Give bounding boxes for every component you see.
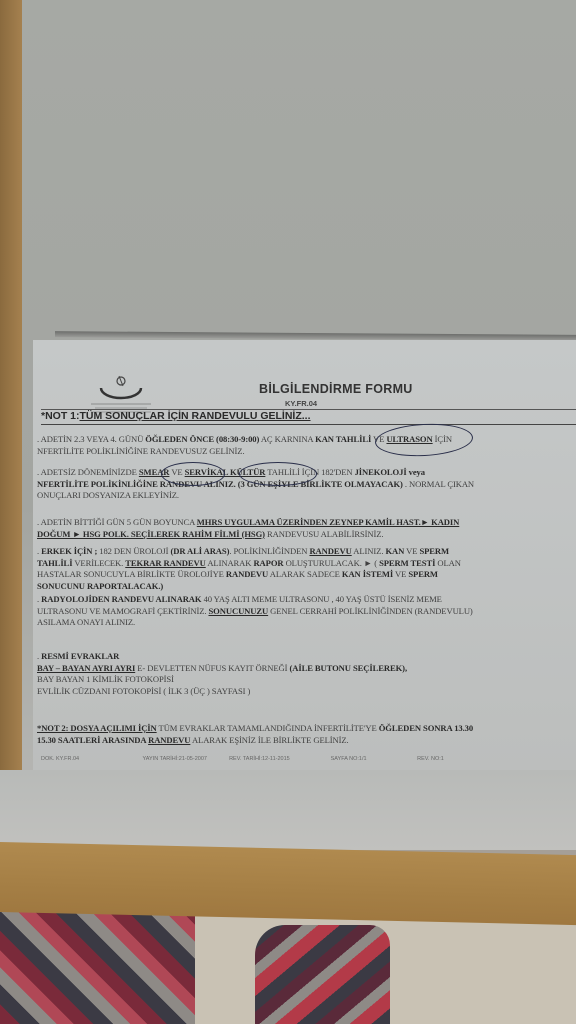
text-segment: AÇ KARNINA <box>259 434 315 444</box>
form-section-3: . ADETİN BİTTİĞİ GÜN 5 GÜN BOYUNCA MHRS … <box>37 517 459 540</box>
text-segment: JİNEKOLOJİ veya <box>355 467 425 477</box>
text-segment: . ADETİN 2.3 VEYA 4. GÜNÜ <box>37 434 145 444</box>
text-segment: TAHLİLİ <box>37 558 72 568</box>
text-segment: ÖĞLEDEN ÖNCE (08:30-9:00) <box>145 434 259 444</box>
section-line: EVLİLİK CÜZDANI FOTOKOPİSİ ( İLK 3 (ÜÇ )… <box>37 686 407 698</box>
text-segment: ÖĞLEDEN SONRA 13.30 <box>379 723 473 733</box>
text-segment: RANDEVU <box>309 546 351 556</box>
text-segment: . NORMAL ÇIKAN <box>403 479 474 489</box>
text-segment: KAN TAHLİLİ <box>315 434 371 444</box>
text-segment: KAN <box>385 546 404 556</box>
section-line: BAY – BAYAN AYRI AYRI E- DEVLETTEN NÜFUS… <box>37 663 407 675</box>
section-line: BAY BAYAN 1 KİMLİK FOTOKOPİSİ <box>37 674 407 686</box>
section-line: DOĞUM ► HSG POLK. SEÇİLEREK RAHİM FİLMİ … <box>37 529 459 541</box>
text-segment: BAY BAYAN 1 KİMLİK FOTOKOPİSİ <box>37 674 174 684</box>
pen-circle-servikal-kultur <box>239 462 317 486</box>
text-segment: ASILAMA ONAYI ALINIZ. <box>37 617 135 627</box>
text-segment: OLUŞTURULACAK. ► ( <box>284 558 380 568</box>
text-segment: SONUCUNU RAPORTALACAK.) <box>37 581 163 591</box>
text-segment: OLAN <box>435 558 461 568</box>
text-segment: 15.30 SAATLERİ ARASINDA <box>37 735 148 745</box>
form-section-4: . ERKEK İÇİN ; 182 DEN ÜROLOJİ (DR ALİ A… <box>37 546 461 592</box>
text-segment: NFERTİLİTE POLİKLİNİĞİNE RANDEVUSUZ GELİ… <box>37 446 245 456</box>
text-segment: EVLİLİK CÜZDANI FOTOKOPİSİ ( İLK 3 (ÜÇ )… <box>37 686 250 696</box>
text-segment: 182 DEN ÜROLOJİ <box>97 546 170 556</box>
text-segment: VE <box>404 546 419 556</box>
text-segment: DOĞUM ► HSG POLK. SEÇİLEREK RAHİM FİLMİ … <box>37 529 265 539</box>
text-segment: (DR ALİ ARAS) <box>170 546 229 556</box>
text-segment: VE <box>393 569 408 579</box>
form-code: KY.FR.04 <box>285 399 317 408</box>
section-line: SONUCUNU RAPORTALACAK.) <box>37 581 461 593</box>
section-line: 15.30 SAATLERİ ARASINDA RANDEVU ALARAK E… <box>37 735 473 747</box>
text-segment: SPERM <box>408 569 438 579</box>
section-line: . RADYOLOJİDEN RANDEVU ALINARAK 40 YAŞ A… <box>37 594 473 606</box>
text-segment: ALARAK EŞİNİZ İLE BİRLİKTE GELİNİZ. <box>190 735 348 745</box>
section-line: HASTALAR SONUCUYLA BİRLİKTE ÜROLOJİYE RA… <box>37 569 461 581</box>
footer-revision-no: REV. NO:1 <box>417 756 444 762</box>
text-segment: 40 YAŞ ALTI MEME ULTRASONU , 40 YAŞ ÜSTÜ… <box>202 594 442 604</box>
text-segment: ULTRASONU VE MAMOGRAFİ ÇEKTİRİNİZ. <box>37 606 208 616</box>
section-line: . RESMİ EVRAKLAR <box>37 651 407 663</box>
plaid-clothing-right <box>255 925 390 1024</box>
text-segment: (AİLE BUTONU SEÇİLEREK), <box>289 663 407 673</box>
section-line: TAHLİLİ VERİLECEK. TEKRAR RANDEVU ALINAR… <box>37 558 461 570</box>
text-segment: GENEL CERRAHİ POLİKLİNİĞİNDEN (RANDEVULU… <box>268 606 473 616</box>
form-section-5: . RADYOLOJİDEN RANDEVU ALINARAK 40 YAŞ A… <box>37 594 473 629</box>
text-segment: RADYOLOJİDEN RANDEVU ALINARAK <box>41 594 201 604</box>
table-left-edge <box>0 0 22 850</box>
information-form: BİLGİLENDİRME FORMU KY.FR.04 *NOT 1:TÜM … <box>33 340 576 770</box>
text-segment: RANDEVUSU ALABİLİRSİNİZ. <box>265 529 384 539</box>
text-segment: . ADETSİZ DÖNEMİNİZDE <box>37 467 139 477</box>
pen-circle-kan-tahlili <box>374 421 474 458</box>
form-section-6: . RESMİ EVRAKLAR BAY – BAYAN AYRI AYRI E… <box>37 651 407 697</box>
section-line: ASILAMA ONAYI ALINIZ. <box>37 617 473 629</box>
text-segment: TÜM EVRAKLAR TAMAMLANDIĞINDA İNFERTİLİTE… <box>157 723 379 733</box>
text-segment: KAN İSTEMİ <box>342 569 393 579</box>
footer-page-no: SAYFA NO:1/1 <box>331 756 416 762</box>
text-segment: ONUÇLARI DOSYANIZA EKLEYİNİZ. <box>37 490 179 500</box>
text-segment: VERİLECEK. <box>72 558 125 568</box>
form-title: BİLGİLENDİRME FORMU <box>259 382 413 396</box>
note-1: *NOT 1:TÜM SONUÇLAR İÇİN RANDEVULU GELİN… <box>41 410 311 422</box>
text-segment: HASTALAR SONUCUYLA BİRLİKTE ÜROLOJİYE <box>37 569 226 579</box>
text-segment: RANDEVU <box>148 735 190 745</box>
text-segment: E- DEVLETTEN NÜFUS KAYIT ÖRNEĞİ <box>135 663 289 673</box>
text-segment: . POLİKİNLİĞİNDEN <box>229 546 309 556</box>
text-segment: BAY – BAYAN AYRI AYRI <box>37 663 135 673</box>
plaid-clothing-left <box>0 908 195 1024</box>
text-segment: ALINIZ. <box>352 546 386 556</box>
text-segment: . ADETİN BİTTİĞİ GÜN 5 GÜN BOYUNCA <box>37 517 197 527</box>
section-line: . ERKEK İÇİN ; 182 DEN ÜROLOJİ (DR ALİ A… <box>37 546 461 558</box>
text-segment: *NOT 2: DOSYA AÇILIMI İÇİN <box>37 723 157 733</box>
footer-doc-code: DOK. KY.FR.04 <box>41 756 141 762</box>
text-segment: ALINARAK <box>206 558 254 568</box>
text-segment: SPERM TESTİ <box>379 558 435 568</box>
text-segment: RESMİ EVRAKLAR <box>41 651 119 661</box>
text-segment: TEKRAR RANDEVU <box>125 558 205 568</box>
text-segment: SONUCUNUZU <box>208 606 268 616</box>
text-segment: MHRS UYGULAMA ÜZERİNDEN ZEYNEP KAMİL HAS… <box>197 517 459 527</box>
note-rule <box>41 424 576 425</box>
footer-publish-date: YAYIN TARİHİ:21-05-2007 <box>143 756 228 762</box>
text-segment: RAPOR <box>253 558 283 568</box>
section-line: ONUÇLARI DOSYANIZA EKLEYİNİZ. <box>37 490 474 502</box>
section-line: . ADETİN BİTTİĞİ GÜN 5 GÜN BOYUNCA MHRS … <box>37 517 459 529</box>
wooden-table-edge <box>0 842 576 925</box>
text-segment: RANDEVU <box>226 569 268 579</box>
paper-lower-margin <box>0 770 576 850</box>
pen-circle-smear <box>161 462 225 486</box>
section-line: ULTRASONU VE MAMOGRAFİ ÇEKTİRİNİZ. SONUC… <box>37 606 473 618</box>
text-segment: ERKEK İÇİN ; <box>41 546 97 556</box>
form-section-7: *NOT 2: DOSYA AÇILIMI İÇİN TÜM EVRAKLAR … <box>37 723 473 746</box>
section-line: *NOT 2: DOSYA AÇILIMI İÇİN TÜM EVRAKLAR … <box>37 723 473 735</box>
text-segment: SPERM <box>419 546 449 556</box>
form-footer: DOK. KY.FR.04 YAYIN TARİHİ:21-05-2007 RE… <box>41 756 444 762</box>
text-segment: ALARAK SADECE <box>268 569 342 579</box>
footer-revision-date: REV. TARİHİ:12-11-2015 <box>229 756 329 762</box>
